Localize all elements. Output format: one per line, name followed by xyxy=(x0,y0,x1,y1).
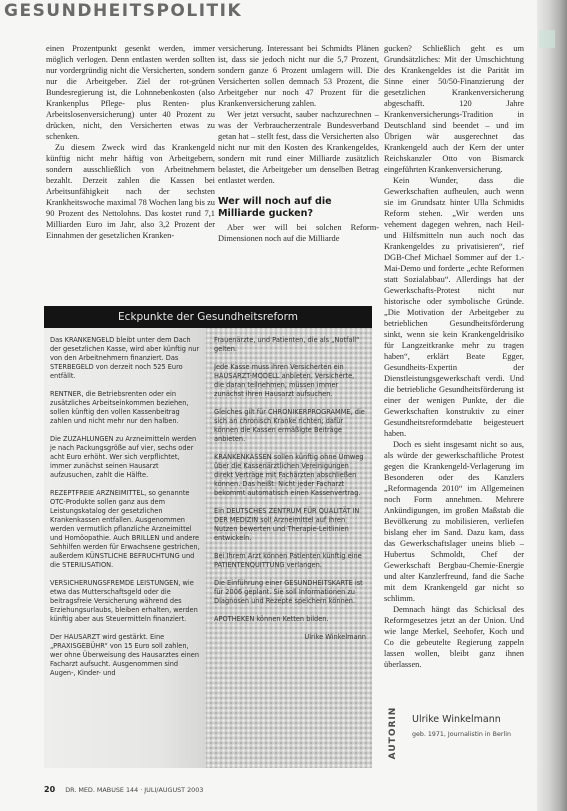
infobox-item: APOTHEKEN können Ketten bilden. xyxy=(214,615,366,624)
infobox-item: Die Einführung einer GESUNDHEITSKARTE is… xyxy=(214,579,366,606)
paragraph: Doch es sieht insgesamt nicht so aus, al… xyxy=(384,439,524,604)
section-title: GESUNDHEITSPOLITIK xyxy=(0,0,242,22)
infobox-item: Der HAUSARZT wird gestärkt. Eine „PRAXIS… xyxy=(50,633,202,678)
infobox-item: KRANKENKASSEN sollen künftig ohne Umweg … xyxy=(214,453,366,498)
paragraph: versicherung. Interessant bei Schmidts P… xyxy=(218,43,379,109)
author-label: AUTORIN xyxy=(386,700,400,770)
infobox-item: Ein DEUTSCHES ZENTRUM FÜR QUALITÄT IN DE… xyxy=(214,507,366,543)
infobox-item: Frauenärzte, und Patienten, die als „Not… xyxy=(214,336,366,354)
paragraph: Wer jetzt versucht, sauber nachzurechnen… xyxy=(218,109,379,186)
page-number: 20 xyxy=(44,785,55,794)
paragraph: einen Prozentpunkt gesenkt werden, immer… xyxy=(46,43,215,142)
paragraph: Zu diesem Zweck wird das Krankengeld kün… xyxy=(46,142,215,241)
infobox-column-left: Das KRANKENGELD bleibt unter dem Dach de… xyxy=(50,336,202,687)
infobox-item: VERSICHERUNGSFREMDE LEISTUNGEN, wie etwa… xyxy=(50,579,202,624)
infobox-item: RENTNER, die Betriebsrenten oder ein zus… xyxy=(50,390,202,426)
paragraph: Demnach hängt das Schicksal des Reformge… xyxy=(384,604,524,670)
article-column-1: einen Prozentpunkt gesenkt werden, immer… xyxy=(46,43,215,241)
infobox-title: Eckpunkte der Gesundheitsreform xyxy=(44,306,372,328)
infobox-item: Gleiches gilt für CHRONIKERPROGRAMME, di… xyxy=(214,408,366,444)
article-column-3: gucken? Schließlich geht es um Grundsätz… xyxy=(384,43,524,670)
infobox-signature: Ulrike Winkelmann xyxy=(214,633,366,642)
spine-color-mark xyxy=(539,30,555,48)
infobox-item: Das KRANKENGELD bleibt unter dem Dach de… xyxy=(50,336,202,381)
page-spine-shadow xyxy=(537,0,567,811)
paragraph: Aber wer will bei solchen Reform-Dimensi… xyxy=(218,222,379,244)
infobox-item: Die ZUZAHLUNGEN zu Arzneimitteln werden … xyxy=(50,435,202,480)
paragraph: Kein Wunder, dass die Gewerkschaften auf… xyxy=(384,175,524,439)
infobox-column-right: Frauenärzte, und Patienten, die als „Not… xyxy=(214,336,366,642)
paragraph: gucken? Schließlich geht es um Grundsätz… xyxy=(384,43,524,175)
publication-info: DR. MED. MABUSE 144 · JULI/AUGUST 2003 xyxy=(65,786,203,794)
author-name: Ulrike Winkelmann xyxy=(412,714,501,725)
magazine-page: GESUNDHEITSPOLITIK einen Prozentpunkt ge… xyxy=(0,0,567,811)
infobox-item: Bei Ihrem Arzt können Patienten künftig … xyxy=(214,552,366,570)
subheading: Wer will noch auf die Milliarde gucken? xyxy=(218,196,379,220)
article-column-2: versicherung. Interessant bei Schmidts P… xyxy=(218,43,379,244)
author-info: geb. 1971, Journalistin in Berlin xyxy=(412,731,511,738)
infobox-reform-points: Eckpunkte der Gesundheitsreform Das KRAN… xyxy=(44,306,372,768)
infobox-item: REZEPTFREIE ARZNEIMITTEL, so genannte OT… xyxy=(50,489,202,570)
infobox-item: Jede Kasse muss ihren Versicherten ein H… xyxy=(214,363,366,399)
author-label-text: AUTORIN xyxy=(388,698,398,768)
page-footer: 20 DR. MED. MABUSE 144 · JULI/AUGUST 200… xyxy=(44,785,203,794)
